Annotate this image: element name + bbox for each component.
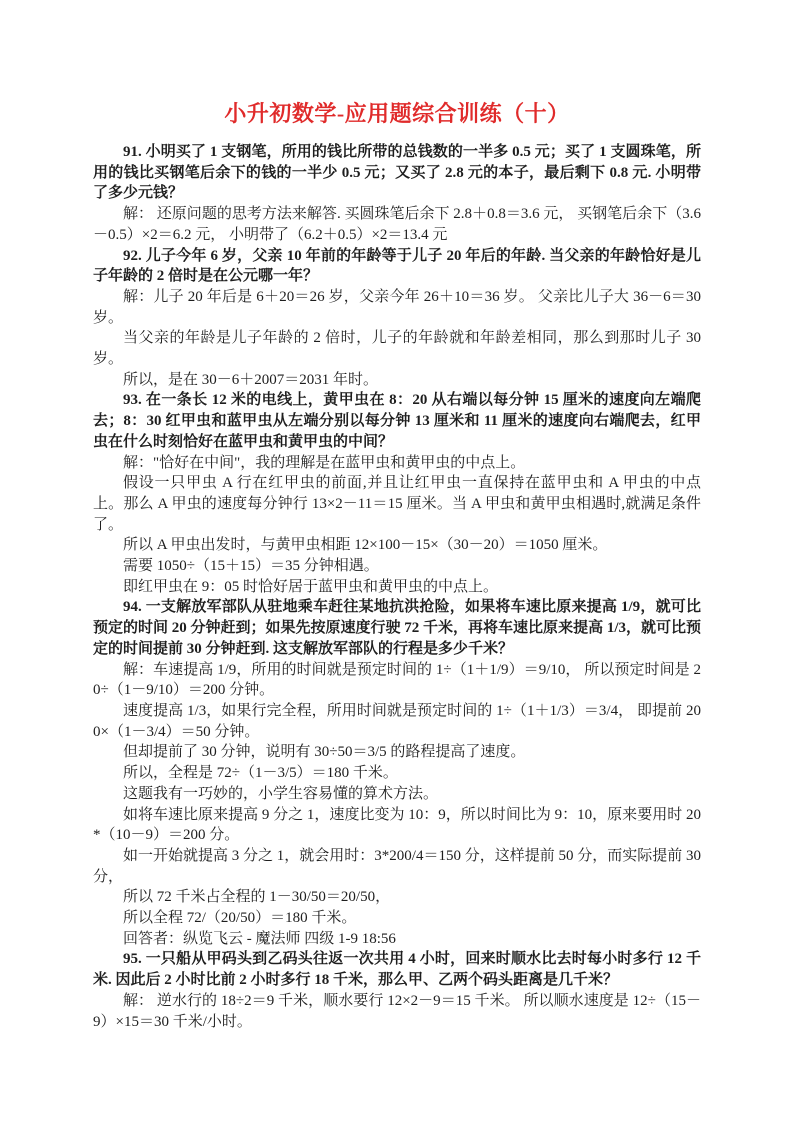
solution-paragraph: 即红甲虫在 9：05 时恰好居于蓝甲虫和黄甲虫的中点上。 (93, 577, 701, 598)
solution-paragraph: 但却提前了 30 分钟，说明有 30÷50＝3/5 的路程提高了速度。 (93, 742, 701, 763)
solution-paragraph: 解："恰好在中间"，我的理解是在蓝甲虫和黄甲虫的中点上。 (93, 453, 701, 474)
solution-paragraph: 所以，是在 30－6＋2007＝2031 年时。 (93, 370, 701, 391)
page-title: 小升初数学-应用题综合训练（十） (93, 100, 701, 128)
solution-paragraph: 解：儿子 20 年后是 6＋20＝26 岁，父亲今年 26＋10＝36 岁。 父… (93, 287, 701, 328)
solution-paragraph: 解： 逆水行的 18÷2＝9 千米，顺水要行 12×2－9＝15 千米。 所以顺… (93, 991, 701, 1032)
solution-paragraph: 所以 A 甲虫出发时，与黄甲虫相距 12×100－15×（30－20）＝1050… (93, 535, 701, 556)
problem-paragraph: 95. 一只船从甲码头到乙码头往返一次共用 4 小时，回来时顺水比去时每小时多行… (93, 949, 701, 990)
solution-paragraph: 需要 1050÷（15＋15）＝35 分钟相遇。 (93, 556, 701, 577)
solution-paragraph: 解： 还原问题的思考方法来解答. 买圆珠笔后余下 2.8＋0.8＝3.6 元， … (93, 204, 701, 245)
problem-paragraph: 94. 一支解放军部队从驻地乘车赶往某地抗洪抢险，如果将车速比原来提高 1/9，… (93, 597, 701, 659)
solution-paragraph: 解：车速提高 1/9，所用的时间就是预定时间的 1÷（1＋1/9）＝9/10， … (93, 660, 701, 701)
solution-paragraph: 如将车速比原来提高 9 分之 1，速度比变为 10：9，所以时间比为 9：10，… (93, 805, 701, 846)
solution-paragraph: 所以全程 72/（20/50）＝180 千米。 (93, 908, 701, 929)
document-body: 91. 小明买了 1 支钢笔，所用的钱比所带的总钱数的一半多 0.5 元；买了 … (93, 142, 701, 1032)
solution-paragraph: 这题我有一巧妙的，小学生容易懂的算术方法。 (93, 784, 701, 805)
solution-paragraph: 如一开始就提高 3 分之 1，就会用时：3*200/4＝150 分，这样提前 5… (93, 846, 701, 887)
problem-paragraph: 92. 儿子今年 6 岁，父亲 10 年前的年龄等于儿子 20 年后的年龄. 当… (93, 246, 701, 287)
problem-paragraph: 93. 在一条长 12 米的电线上，黄甲虫在 8：20 从右端以每分钟 15 厘… (93, 390, 701, 452)
problem-paragraph: 91. 小明买了 1 支钢笔，所用的钱比所带的总钱数的一半多 0.5 元；买了 … (93, 142, 701, 204)
solution-paragraph: 当父亲的年龄是儿子年龄的 2 倍时，儿子的年龄就和年龄差相同，那么到那时儿子 3… (93, 328, 701, 369)
solution-paragraph: 回答者：纵览飞云 - 魔法师 四级 1-9 18:56 (93, 929, 701, 950)
document-content: 小升初数学-应用题综合训练（十） 91. 小明买了 1 支钢笔，所用的钱比所带的… (93, 100, 701, 1032)
solution-paragraph: 所以，全程是 72÷（1－3/5）＝180 千米。 (93, 763, 701, 784)
solution-paragraph: 假设一只甲虫 A 行在红甲虫的前面,并且让红甲虫一直保持在蓝甲虫和 A 甲虫的中… (93, 473, 701, 535)
document-page: 小升初数学-应用题综合训练（十） 91. 小明买了 1 支钢笔，所用的钱比所带的… (0, 0, 793, 1122)
solution-paragraph: 速度提高 1/3，如果行完全程，所用时间就是预定时间的 1÷（1＋1/3）＝3/… (93, 701, 701, 742)
solution-paragraph: 所以 72 千米占全程的 1－30/50＝20/50， (93, 887, 701, 908)
